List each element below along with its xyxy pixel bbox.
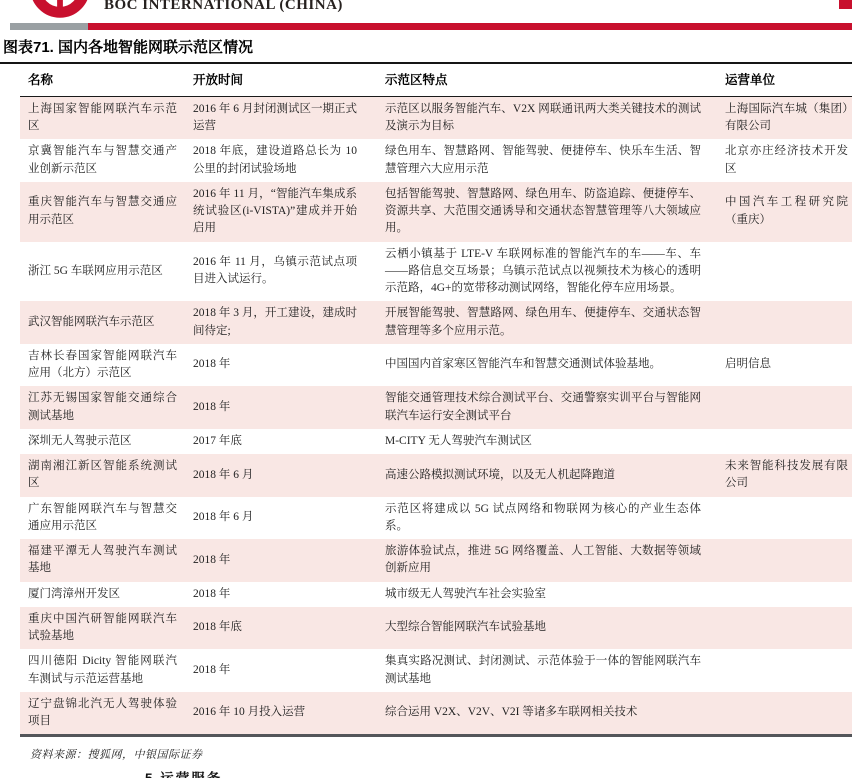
- cell-features: 城市级无人驾驶汽车社会实验室: [365, 582, 715, 607]
- cell-features: 云栖小镇基于 LTE-V 车联网标准的智能汽车的车——车、车——路信息交互场景；…: [365, 242, 715, 302]
- cell-operator: [715, 242, 852, 302]
- table-row: 厦门湾漳州开发区 2018 年 城市级无人驾驶汽车社会实验室: [20, 582, 852, 607]
- source-note: 资料来源：搜狐网，中银国际证券: [30, 746, 852, 762]
- cell-name: 重庆智能汽车与智慧交通应用示范区: [20, 182, 185, 242]
- cell-operator: [715, 497, 852, 540]
- cell-operator: 北京亦庄经济技术开发区: [715, 139, 852, 182]
- cell-name: 深圳无人驾驶示范区: [20, 429, 185, 454]
- cell-operator: [715, 649, 852, 692]
- cell-open-time: 2018 年 6 月: [185, 497, 365, 540]
- column-header-name: 名称: [20, 64, 185, 96]
- accent-bar-gray: [10, 23, 88, 30]
- cell-features: 智能交通管理技术综合测试平台、交通警察实训平台与智能网联汽车运行安全测试平台: [365, 386, 715, 429]
- column-header-open-time: 开放时间: [185, 64, 365, 96]
- cell-operator: 未来智能科技发展有限公司: [715, 454, 852, 497]
- cell-open-time: 2018 年 6 月: [185, 454, 365, 497]
- figure-title: 图表71. 国内各地智能网联示范区情况: [3, 36, 852, 57]
- table-row: 湖南湘江新区智能系统测试区 2018 年 6 月 高速公路模拟测试环境，以及无人…: [20, 454, 852, 497]
- cell-open-time: 2018 年底，建设道路总长为 10 公里的封闭试验场地: [185, 139, 365, 182]
- table-row: 上海国家智能网联汽车示范区 2016 年 6 月封闭测试区一期正式运营 示范区以…: [20, 96, 852, 139]
- boc-logo-icon: [28, 0, 92, 20]
- cell-name: 上海国家智能网联汽车示范区: [20, 96, 185, 139]
- cell-operator: [715, 607, 852, 650]
- table-row: 浙江 5G 车联网应用示范区 2016 年 11 月，乌镇示范试点项目进入试运行…: [20, 242, 852, 302]
- brand-name: BOC INTERNATIONAL (CHINA): [104, 0, 343, 14]
- accent-bar-red: [88, 23, 852, 30]
- cell-name: 厦门湾漳州开发区: [20, 582, 185, 607]
- cell-features: 综合运用 V2X、V2V、V2I 等诸多车联网相关技术: [365, 692, 715, 736]
- cell-features: 绿色用车、智慧路网、智能驾驶、便捷停车、快乐车生活、智慧管理六大应用示范: [365, 139, 715, 182]
- cell-open-time: 2018 年: [185, 649, 365, 692]
- cell-open-time: 2018 年: [185, 582, 365, 607]
- cell-features: 开展智能驾驶、智慧路网、绿色用车、便捷停车、交通状态智慧管理等多个应用示范。: [365, 301, 715, 344]
- cell-features: 旅游体验试点，推进 5G 网络覆盖、人工智能、大数据等领域创新应用: [365, 539, 715, 582]
- cell-operator: [715, 429, 852, 454]
- cell-open-time: 2018 年: [185, 386, 365, 429]
- cell-open-time: 2018 年: [185, 539, 365, 582]
- cell-operator: [715, 386, 852, 429]
- cell-features: 高速公路模拟测试环境，以及无人机起降跑道: [365, 454, 715, 497]
- table-row: 重庆智能汽车与智慧交通应用示范区 2016 年 11 月，“智能汽车集成系统试验…: [20, 182, 852, 242]
- table-row: 吉林长春国家智能网联汽车应用（北方）示范区 2018 年 中国国内首家寒区智能汽…: [20, 344, 852, 387]
- table-row: 辽宁盘锦北汽无人驾驶体验项目 2016 年 10 月投入运营 综合运用 V2X、…: [20, 692, 852, 736]
- demo-zone-table: 名称 开放时间 示范区特点 运营单位 上海国家智能网联汽车示范区 2016 年 …: [20, 64, 852, 737]
- column-header-features: 示范区特点: [365, 64, 715, 96]
- cell-operator: [715, 301, 852, 344]
- table-row: 深圳无人驾驶示范区 2017 年底 M-CITY 无人驾驶汽车测试区: [20, 429, 852, 454]
- demo-zone-table-wrap: 名称 开放时间 示范区特点 运营单位 上海国家智能网联汽车示范区 2016 年 …: [20, 64, 852, 737]
- table-header-row: 名称 开放时间 示范区特点 运营单位: [20, 64, 852, 96]
- cell-name: 吉林长春国家智能网联汽车应用（北方）示范区: [20, 344, 185, 387]
- brand-band: BOC INTERNATIONAL (CHINA): [0, 0, 852, 30]
- table-row: 武汉智能网联汽车示范区 2018 年 3 月，开工建设，建成时间待定; 开展智能…: [20, 301, 852, 344]
- cell-operator: [715, 582, 852, 607]
- table-row: 江苏无锡国家智能交通综合测试基地 2018 年 智能交通管理技术综合测试平台、交…: [20, 386, 852, 429]
- cell-operator: 启明信息: [715, 344, 852, 387]
- cell-features: 大型综合智能网联汽车试验基地: [365, 607, 715, 650]
- cell-name: 浙江 5G 车联网应用示范区: [20, 242, 185, 302]
- page-corner-mark: [839, 0, 852, 9]
- table-row: 重庆中国汽研智能网联汽车试验基地 2018 年底 大型综合智能网联汽车试验基地: [20, 607, 852, 650]
- cell-name: 辽宁盘锦北汽无人驾驶体验项目: [20, 692, 185, 736]
- cell-features: 中国国内首家寒区智能汽车和智慧交通测试体验基地。: [365, 344, 715, 387]
- cell-operator: [715, 692, 852, 736]
- cell-features: 示范区将建成以 5G 试点网络和物联网为核心的产业生态体系。: [365, 497, 715, 540]
- cell-name: 福建平潭无人驾驶汽车测试基地: [20, 539, 185, 582]
- table-row: 京冀智能汽车与智慧交通产业创新示范区 2018 年底，建设道路总长为 10 公里…: [20, 139, 852, 182]
- cell-operator: [715, 539, 852, 582]
- cell-open-time: 2016 年 11 月，“智能汽车集成系统试验区(i-VISTA)”建成并开始启…: [185, 182, 365, 242]
- cell-name: 四川德阳 Dicity 智能网联汽车测试与示范运营基地: [20, 649, 185, 692]
- report-page: BOC INTERNATIONAL (CHINA) 图表71. 国内各地智能网联…: [0, 0, 852, 778]
- cell-name: 湖南湘江新区智能系统测试区: [20, 454, 185, 497]
- next-section-heading-partial: 5 运营服务: [145, 767, 222, 778]
- cell-features: 示范区以服务智能汽车、V2X 网联通讯两大类关键技术的测试及演示为目标: [365, 96, 715, 139]
- cell-name: 武汉智能网联汽车示范区: [20, 301, 185, 344]
- cell-open-time: 2016 年 11 月，乌镇示范试点项目进入试运行。: [185, 242, 365, 302]
- cell-open-time: 2018 年 3 月，开工建设，建成时间待定;: [185, 301, 365, 344]
- cell-features: M-CITY 无人驾驶汽车测试区: [365, 429, 715, 454]
- cell-operator: 上海国际汽车城（集团）有限公司: [715, 96, 852, 139]
- table-row: 广东智能网联汽车与智慧交通应用示范区 2018 年 6 月 示范区将建成以 5G…: [20, 497, 852, 540]
- cell-open-time: 2017 年底: [185, 429, 365, 454]
- cell-name: 广东智能网联汽车与智慧交通应用示范区: [20, 497, 185, 540]
- cell-name: 京冀智能汽车与智慧交通产业创新示范区: [20, 139, 185, 182]
- cell-open-time: 2016 年 6 月封闭测试区一期正式运营: [185, 96, 365, 139]
- cell-open-time: 2018 年底: [185, 607, 365, 650]
- cell-open-time: 2016 年 10 月投入运营: [185, 692, 365, 736]
- cell-features: 集真实路况测试、封闭测试、示范体验于一体的智能网联汽车测试基地: [365, 649, 715, 692]
- cell-name: 重庆中国汽研智能网联汽车试验基地: [20, 607, 185, 650]
- cell-open-time: 2018 年: [185, 344, 365, 387]
- table-row: 福建平潭无人驾驶汽车测试基地 2018 年 旅游体验试点，推进 5G 网络覆盖、…: [20, 539, 852, 582]
- cell-features: 包括智能驾驶、智慧路网、绿色用车、防盗追踪、便捷停车、资源共享、大范围交通诱导和…: [365, 182, 715, 242]
- table-row: 四川德阳 Dicity 智能网联汽车测试与示范运营基地 2018 年 集真实路况…: [20, 649, 852, 692]
- cell-operator: 中国汽车工程研究院（重庆）: [715, 182, 852, 242]
- cell-name: 江苏无锡国家智能交通综合测试基地: [20, 386, 185, 429]
- column-header-operator: 运营单位: [715, 64, 852, 96]
